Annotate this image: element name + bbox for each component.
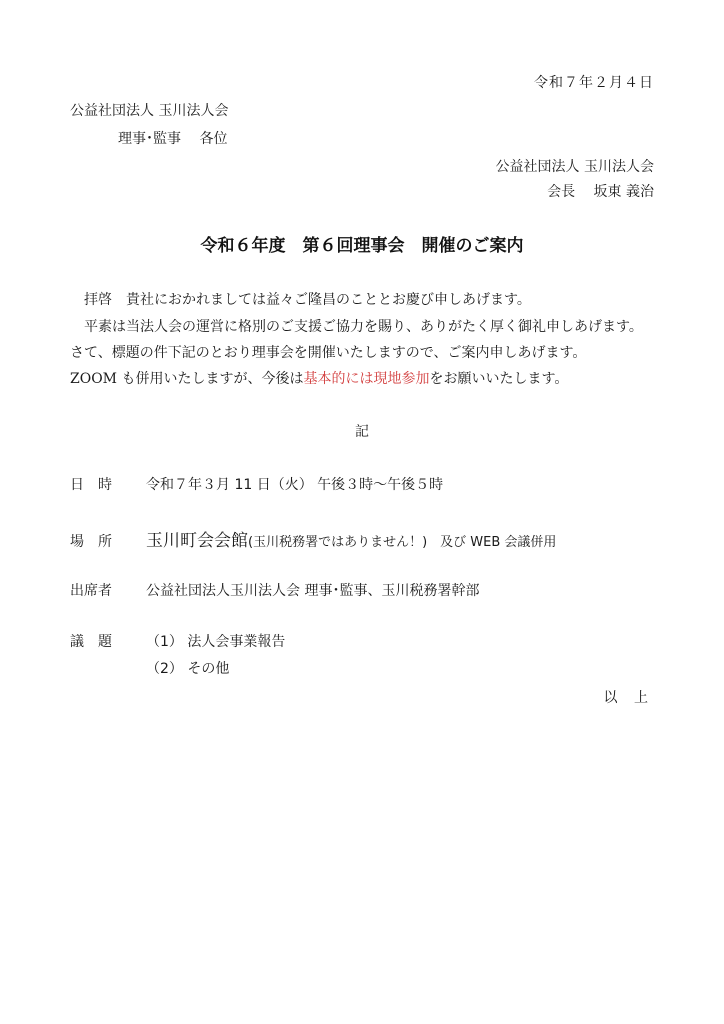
body-greeting: 拝啓 貴社におかれましては益々ご隆昌のこととお慶び申しあげます。 [84,289,531,309]
document-title: 令和６年度 第６回理事会 開催のご案内 [0,231,724,256]
datetime-label: 日 時 [70,474,146,494]
body-zoom-note: ZOOM も併用いたしますが、今後は基本的には現地参加をお願いいたします。 [70,368,568,388]
zoom-note-suffix: をお願いいたします。 [429,371,568,387]
detail-agenda: 議 題（1） 法人会事業報告 [70,631,285,651]
attendees-label: 出席者 [70,580,146,600]
document-date: 令和７年２月４日 [534,72,654,92]
sender-organization: 公益社団法人 玉川法人会 [496,156,654,176]
venue-label: 場 所 [70,531,146,551]
closing-mark: 以 上 [604,687,654,707]
venue-name: 玉川町会会館 [146,531,248,551]
venue-extra: 及び WEB 会議併用 [427,535,556,550]
detail-venue: 場 所玉川町会会館(玉川税務署ではありません！) 及び WEB 会議併用 [70,526,556,551]
venue-note: (玉川税務署ではありません！) [248,535,427,550]
zoom-note-prefix: ZOOM も併用いたしますが、今後は [70,371,303,387]
attendees-value: 公益社団法人玉川法人会 理事･監事、玉川税務署幹部 [146,583,479,599]
sender-name: 会長 坂東 義治 [547,181,654,201]
detail-datetime: 日 時令和７年３月 11 日（火） 午後３時～午後５時 [70,474,443,494]
body-notice: さて、標題の件下記のとおり理事会を開催いたしますので、ご案内申しあげます。 [70,342,586,362]
body-thanks: 平素は当法人会の運営に格別のご支援ご協力を賜り、ありがたく厚く御礼申しあげます。 [84,316,643,336]
agenda-item-2: （2） その他 [146,658,229,678]
zoom-note-highlight: 基本的には現地参加 [303,371,429,387]
ki-heading: 記 [0,421,724,441]
detail-attendees: 出席者公益社団法人玉川法人会 理事･監事、玉川税務署幹部 [70,580,479,600]
agenda-label: 議 題 [70,631,146,651]
recipient-addressees: 理事･監事 各位 [118,128,227,148]
datetime-value: 令和７年３月 11 日（火） 午後３時～午後５時 [146,477,443,493]
recipient-organization: 公益社団法人 玉川法人会 [70,100,228,120]
agenda-item-1: （1） 法人会事業報告 [146,634,285,650]
